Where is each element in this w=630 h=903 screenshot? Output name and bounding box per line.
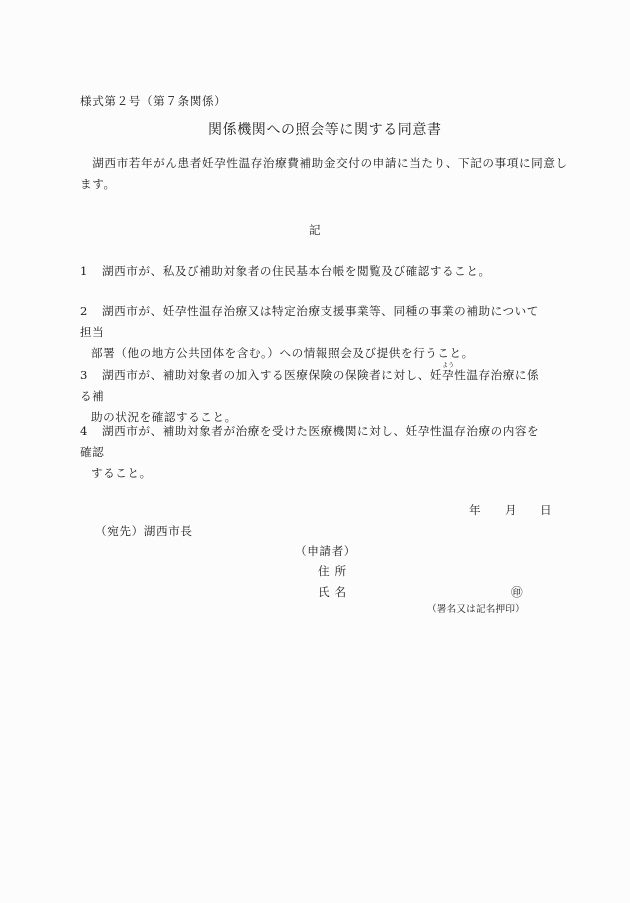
ki-heading: 記	[309, 223, 321, 237]
ruby-text: よう	[442, 362, 454, 369]
furigana-ruby: 孕よう	[442, 368, 454, 382]
consent-form-page: 様式第２号（第７条関係） 関係機関への照会等に関する同意書 湖西市若年がん患者妊…	[0, 0, 630, 903]
applicant-heading: （申請者）	[295, 544, 356, 558]
intro-line-2: ます。	[80, 177, 116, 191]
item-text-line1: 湖西市が、妊孕性温存治療又は特定治療支援事業等、同種の事業の補助について担当	[80, 304, 539, 339]
item-text-line2: すること。	[80, 463, 550, 484]
consent-item-4: 4湖西市が、補助対象者が治療を受けた医療機関に対し、妊孕性温存治療の内容を確認 …	[80, 421, 550, 484]
item-number: 4	[80, 421, 102, 442]
seal-note: （署名又は記名押印）	[427, 604, 525, 616]
date-year-label: 年	[469, 503, 481, 517]
seal-mark-icon: ㊞	[511, 585, 523, 599]
form-label: 様式第２号（第７条関係）	[80, 94, 226, 108]
name-label: 氏 名	[318, 585, 347, 599]
addressee: （宛先）湖西市長	[95, 524, 193, 538]
item-text-line2: 部署（他の地方公共団体を含む。）への情報照会及び提供を行うこと。	[80, 343, 550, 364]
item-number: 2	[80, 301, 102, 322]
consent-item-2: 2湖西市が、妊孕性温存治療又は特定治療支援事業等、同種の事業の補助について担当 …	[80, 301, 550, 364]
item-text-line1: 湖西市が、私及び補助対象者の住民基本台帳を閲覧及び確認すること。	[102, 264, 491, 278]
date-day-label: 日	[540, 503, 552, 517]
item-number: 1	[80, 261, 102, 282]
ruby-base: 孕	[442, 368, 454, 382]
item-text-line1: 湖西市が、補助対象者が治療を受けた医療機関に対し、妊孕性温存治療の内容を確認	[80, 424, 539, 459]
date-month-label: 月	[505, 503, 517, 517]
consent-item-3: 3湖西市が、補助対象者の加入する医療保険の保険者に対し、妊孕よう性温存治療に係る…	[80, 362, 550, 428]
intro-line-1: 湖西市若年がん患者妊孕性温存治療費補助金交付の申請に当たり、下記の事項に同意し	[80, 156, 568, 170]
address-label: 住 所	[318, 564, 347, 578]
item-text-line1-before: 湖西市が、補助対象者の加入する医療保険の保険者に対し、妊	[102, 368, 442, 382]
document-title: 関係機関への照会等に関する同意書	[208, 122, 442, 138]
item-number: 3	[80, 365, 102, 386]
consent-item-1: 1湖西市が、私及び補助対象者の住民基本台帳を閲覧及び確認すること。	[80, 261, 550, 282]
